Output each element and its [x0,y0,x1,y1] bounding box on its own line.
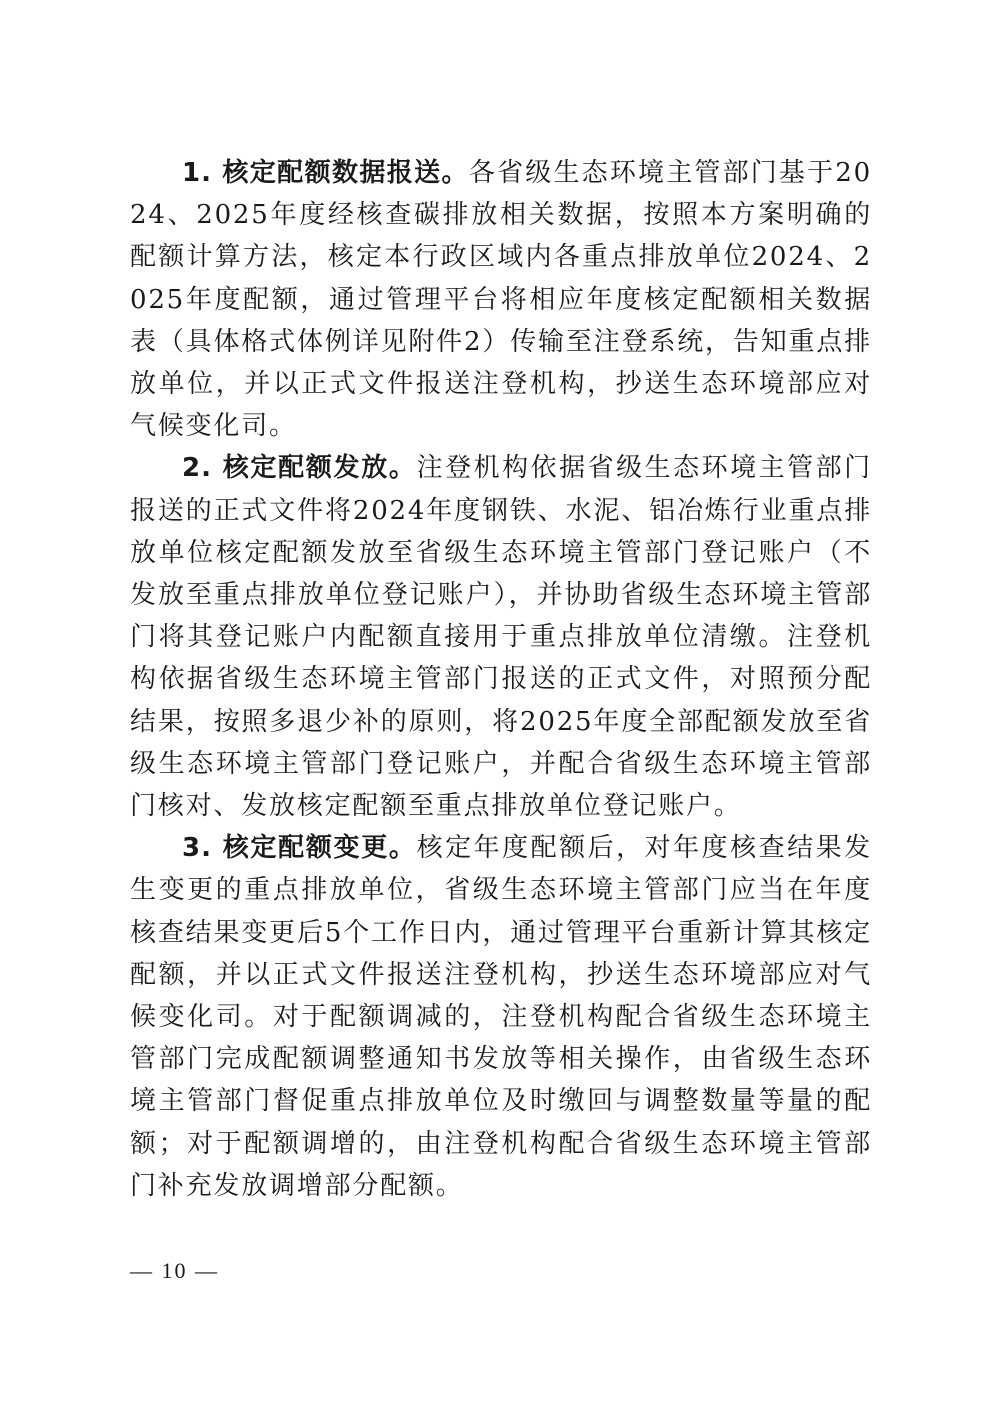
paragraph-1-body: 各省级生态环境主管部门基于2024、2025年度经核查碳排放相关数据，按照本方案… [130,158,872,441]
paragraph-1: 1. 核定配额数据报送。各省级生态环境主管部门基于2024、2025年度经核查碳… [130,152,872,447]
paragraph-3-heading: 3. 核定配额变更。 [182,833,417,863]
paragraph-3: 3. 核定配额变更。核定年度配额后，对年度核查结果发生变更的重点排放单位，省级生… [130,827,872,1207]
paragraph-2-heading: 2. 核定配额发放。 [182,453,417,483]
paragraph-2: 2. 核定配额发放。注登机构依据省级生态环境主管部门报送的正式文件将2024年度… [130,447,872,827]
paragraph-3-body: 核定年度配额后，对年度核查结果发生变更的重点排放单位，省级生态环境主管部门应当在… [130,833,872,1201]
paragraph-2-body: 注登机构依据省级生态环境主管部门报送的正式文件将2024年度钢铁、水泥、铝冶炼行… [130,453,872,821]
document-page: 1. 核定配额数据报送。各省级生态环境主管部门基于2024、2025年度经核查碳… [130,152,872,1207]
paragraph-1-heading: 1. 核定配额数据报送。 [182,158,469,188]
page-number: — 10 — [130,1258,219,1284]
